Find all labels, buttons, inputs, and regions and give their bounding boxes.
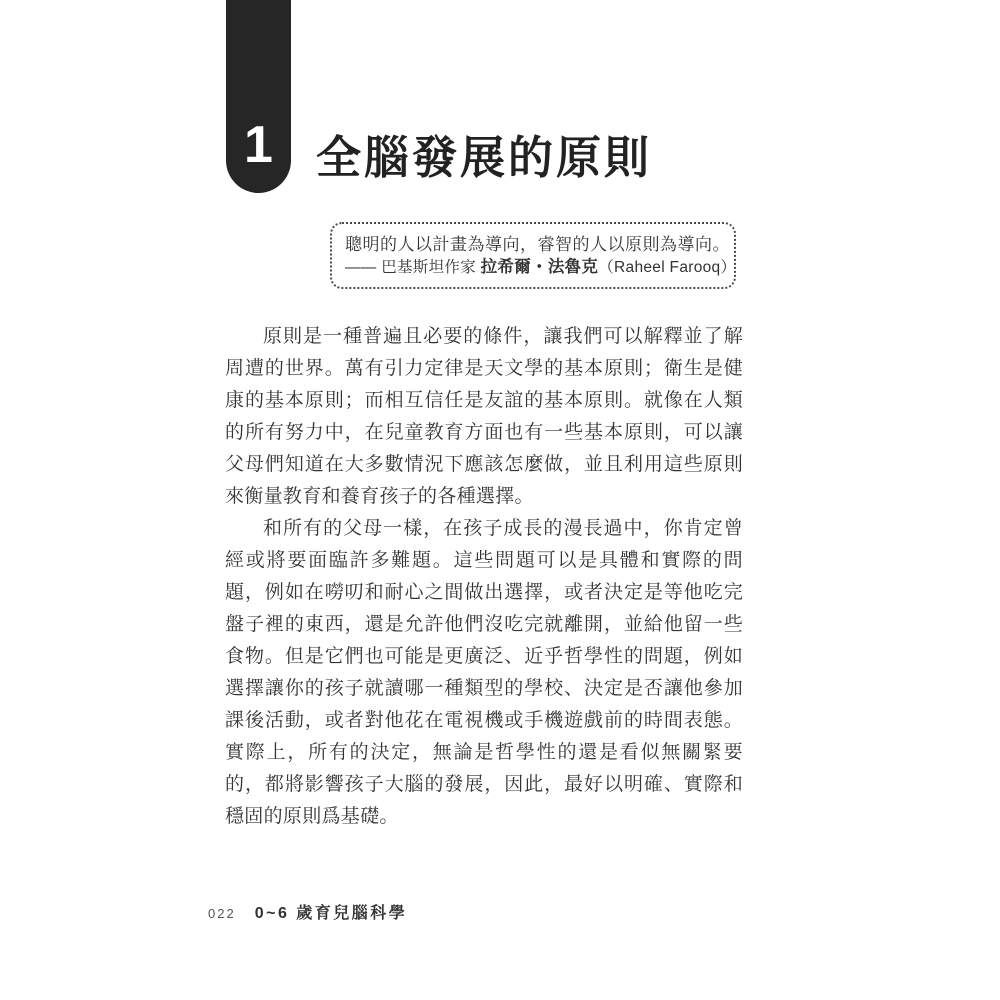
epigraph-attribution-prefix: —— 巴基斯坦作家	[345, 259, 481, 276]
epigraph-box: 聰明的人以計畫為導向，睿智的人以原則為導向。 —— 巴基斯坦作家 拉希爾・法魯克…	[330, 222, 736, 289]
book-page: 1 全腦發展的原則 聰明的人以計畫為導向，睿智的人以原則為導向。 —— 巴基斯坦…	[0, 0, 1000, 1000]
chapter-number-tab: 1	[226, 0, 291, 193]
paragraph: 和所有的父母一樣，在孩子成長的漫長過中，你肯定曾經或將要面臨許多難題。這些問題可…	[225, 513, 743, 833]
page-footer: 022 0~6 歲育兒腦科學	[208, 900, 407, 923]
paragraph: 原則是一種普遍且必要的條件，讓我們可以解釋並了解周遭的世界。萬有引力定律是天文學…	[225, 321, 743, 513]
page-number: 022	[208, 906, 236, 921]
epigraph-attribution: —— 巴基斯坦作家 拉希爾・法魯克（Raheel Farooq）	[345, 256, 720, 279]
body-text: 原則是一種普遍且必要的條件，讓我們可以解釋並了解周遭的世界。萬有引力定律是天文學…	[225, 321, 743, 833]
epigraph-attribution-suffix: （Raheel Farooq）	[598, 259, 736, 276]
book-title: 0~6 歲育兒腦科學	[255, 900, 408, 923]
chapter-number: 1	[244, 119, 273, 193]
epigraph-quote: 聰明的人以計畫為導向，睿智的人以原則為導向。	[345, 233, 720, 256]
epigraph-author-name: 拉希爾・法魯克	[481, 258, 599, 276]
chapter-title: 全腦發展的原則	[316, 121, 652, 186]
